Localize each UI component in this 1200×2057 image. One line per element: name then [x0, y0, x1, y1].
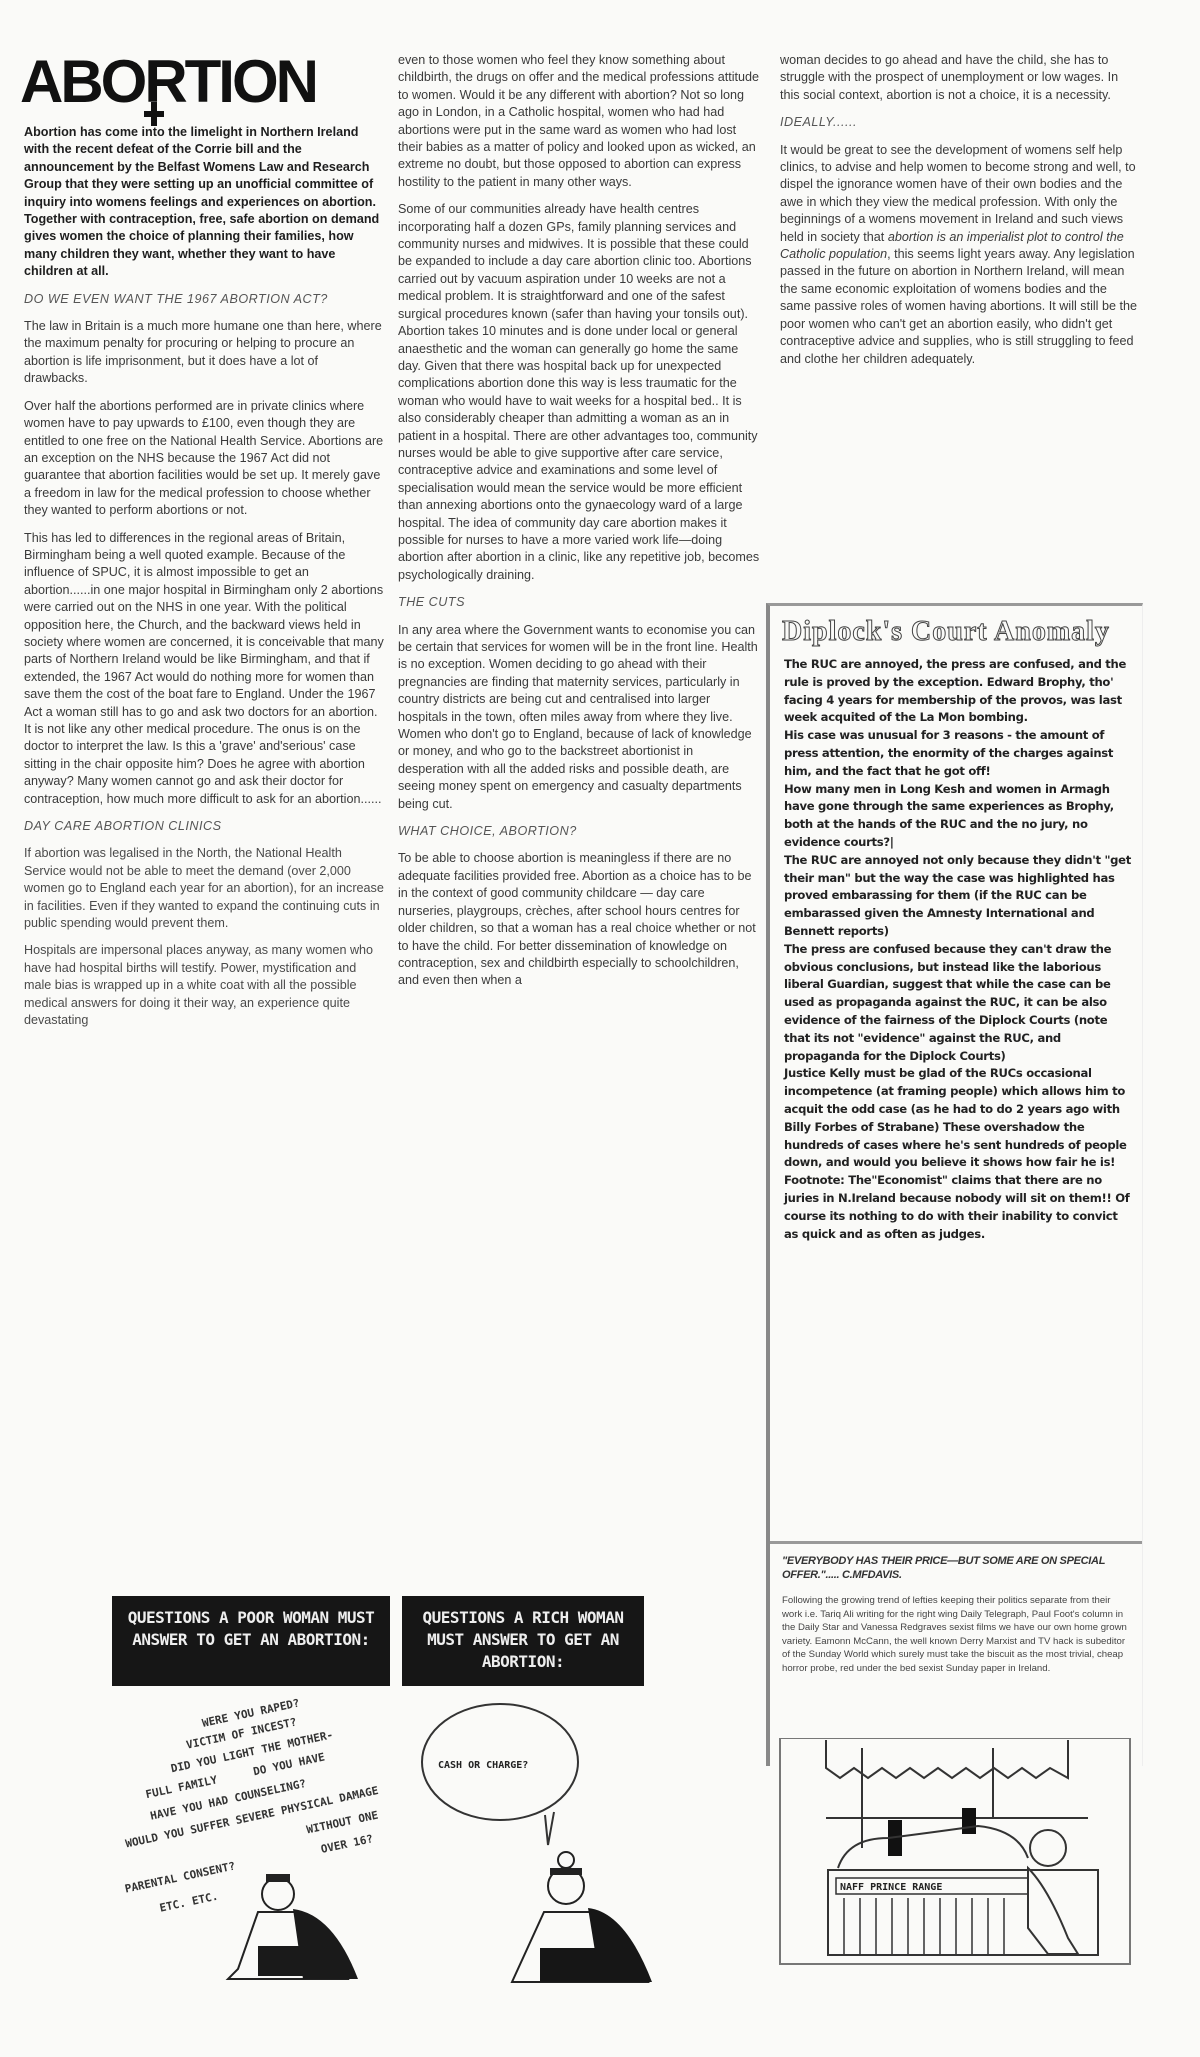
article-intro: Abortion has come into the limelight in …	[24, 124, 384, 281]
article-column-1: Abortion has come into the limelight in …	[24, 124, 384, 1040]
section-heading: WHAT CHOICE, ABORTION?	[398, 823, 760, 840]
poor-woman-cartoon-heading: QUESTIONS A POOR WOMAN MUST ANSWER TO GE…	[112, 1596, 390, 1686]
section-heading: DO WE EVEN WANT THE 1967 ABORTION ACT?	[24, 291, 384, 308]
rich-woman-cartoon-heading: QUESTIONS A RICH WOMAN MUST ANSWER TO GE…	[402, 1596, 644, 1686]
paragraph: This has led to differences in the regio…	[24, 530, 384, 809]
sidebar-paragraph: His case was unusual for 3 reasons - the…	[784, 727, 1132, 780]
sidebar-body: The RUC are annoyed, the press are confu…	[784, 656, 1132, 1243]
poor-woman-cartoon: WERE YOU RAPED? VICTIM OF INCEST? DID YO…	[108, 1694, 398, 1994]
paragraph: Some of our communities already have hea…	[398, 201, 760, 584]
sidebar-box: Diplock's Court Anomaly The RUC are anno…	[766, 603, 1143, 1766]
paragraph: Hospitals are impersonal places anyway, …	[24, 942, 384, 1029]
paragraph: If abortion was legalised in the North, …	[24, 845, 384, 932]
cartoon-question: OVER 16?	[320, 1832, 375, 1856]
divider	[770, 1541, 1142, 1544]
paragraph: woman decides to go ahead and have the c…	[780, 52, 1140, 104]
article-title: ABORTION	[20, 52, 360, 112]
sidebar-paragraph: The RUC are annoyed not only because the…	[784, 852, 1132, 941]
article-column-2: even to those women who feel they know s…	[398, 52, 760, 1000]
sidebar-paragraph: How many men in Long Kesh and women in A…	[784, 781, 1132, 852]
cartoon-question: PARENTAL CONSENT?	[124, 1859, 237, 1895]
sidebar-paragraph: Footnote: The"Economist" claims that the…	[784, 1172, 1132, 1243]
speech-bubble: CASH OR CHARGE?	[422, 1704, 578, 1845]
section-heading: IDEALLY......	[780, 114, 1140, 131]
quote-body: Following the growing trend of lefties k…	[782, 1594, 1132, 1676]
doctor-figure	[228, 1874, 358, 1979]
sidebar-title: Diplock's Court Anomaly	[782, 616, 1136, 648]
speech-bubble-text: CASH OR CHARGE?	[438, 1760, 528, 1771]
cartoon-question: ETC. ETC.	[158, 1890, 219, 1915]
rich-woman-cartoon: CASH OR CHARGE?	[420, 1700, 700, 2000]
sidebar-paragraph: The press are confused because they can'…	[784, 941, 1132, 1066]
quote-heading: "EVERYBODY HAS THEIR PRICE—BUT SOME ARE …	[782, 1554, 1132, 1582]
paragraph: To be able to choose abortion is meaning…	[398, 850, 760, 989]
rich-heading-text: QUESTIONS A RICH WOMAN MUST ANSWER TO GE…	[402, 1596, 644, 1673]
article-title-block: ABORTION	[20, 52, 360, 122]
paragraph-text: It would be great to see the development…	[780, 143, 1136, 244]
sidebar-paragraph: Justice Kelly must be glad of the RUCs o…	[784, 1065, 1132, 1172]
paragraph: Over half the abortions performed are in…	[24, 398, 384, 520]
doctor-figure	[512, 1852, 652, 1982]
article-column-3: woman decides to go ahead and have the c…	[780, 52, 1140, 378]
market-stall-cartoon: NAFF PRINCE RANGE	[778, 1738, 1133, 1966]
venus-symbol-icon	[142, 102, 166, 126]
paragraph: The law in Britain is a much more humane…	[24, 318, 384, 388]
section-heading: THE CUTS	[398, 594, 760, 611]
paragraph-text: , this seems light years away. Any legis…	[780, 247, 1137, 365]
sidebar-paragraph: The RUC are annoyed, the press are confu…	[784, 656, 1132, 727]
stall-sign: NAFF PRINCE RANGE	[840, 1882, 942, 1893]
section-heading: DAY CARE ABORTION CLINICS	[24, 818, 384, 835]
paragraph: even to those women who feel they know s…	[398, 52, 760, 191]
paragraph: It would be great to see the development…	[780, 142, 1140, 368]
paragraph: In any area where the Government wants t…	[398, 622, 760, 813]
poor-heading-text: QUESTIONS A POOR WOMAN MUST ANSWER TO GE…	[112, 1596, 390, 1651]
